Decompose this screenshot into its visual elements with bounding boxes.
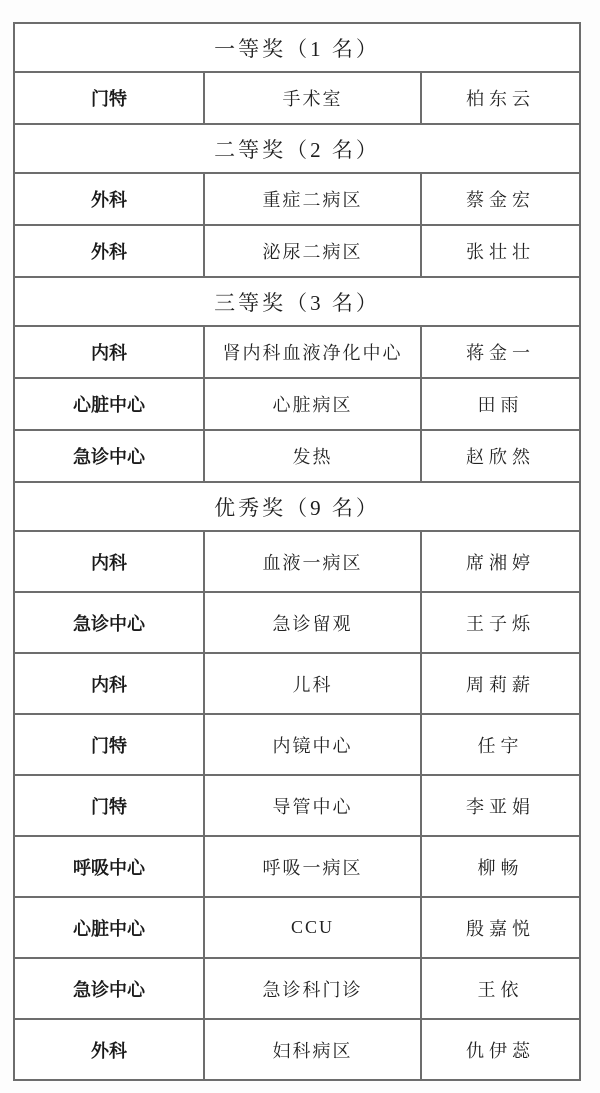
department-cell: 内科 (14, 653, 204, 714)
department-cell: 内科 (14, 326, 204, 378)
unit-cell: 急诊科门诊 (204, 958, 421, 1019)
name-cell: 周莉薪 (421, 653, 580, 714)
table-row: 内科 儿科 周莉薪 (14, 653, 580, 714)
unit-cell: 发热 (204, 430, 421, 482)
table-row: 门特 内镜中心 任宇 (14, 714, 580, 775)
name-cell: 仇伊蕊 (421, 1019, 580, 1080)
tier-header-row: 一等奖（1 名） (14, 23, 580, 72)
department-cell: 外科 (14, 1019, 204, 1080)
tier-header-excellence-prize: 优秀奖（9 名） (14, 482, 580, 531)
unit-cell: 手术室 (204, 72, 421, 124)
name-cell: 任宇 (421, 714, 580, 775)
table-row: 门特 手术室 柏东云 (14, 72, 580, 124)
table-row: 急诊中心 发热 赵欣然 (14, 430, 580, 482)
name-cell: 殷嘉悦 (421, 897, 580, 958)
unit-cell: 妇科病区 (204, 1019, 421, 1080)
unit-cell: CCU (204, 897, 421, 958)
unit-cell: 血液一病区 (204, 531, 421, 592)
tier-header-second-prize: 二等奖（2 名） (14, 124, 580, 173)
department-cell: 急诊中心 (14, 958, 204, 1019)
name-cell: 王子烁 (421, 592, 580, 653)
name-cell: 蔡金宏 (421, 173, 580, 225)
name-cell: 张壮壮 (421, 225, 580, 277)
tier-header-row: 三等奖（3 名） (14, 277, 580, 326)
name-cell: 赵欣然 (421, 430, 580, 482)
unit-cell: 肾内科血液净化中心 (204, 326, 421, 378)
name-cell: 蒋金一 (421, 326, 580, 378)
name-cell: 席湘婷 (421, 531, 580, 592)
table-row: 心脏中心 心脏病区 田雨 (14, 378, 580, 430)
name-cell: 田雨 (421, 378, 580, 430)
tier-header-first-prize: 一等奖（1 名） (14, 23, 580, 72)
department-cell: 急诊中心 (14, 430, 204, 482)
tier-header-row: 二等奖（2 名） (14, 124, 580, 173)
table-row: 心脏中心 CCU 殷嘉悦 (14, 897, 580, 958)
table-row: 急诊中心 急诊科门诊 王依 (14, 958, 580, 1019)
unit-cell: 导管中心 (204, 775, 421, 836)
department-cell: 心脏中心 (14, 897, 204, 958)
department-cell: 急诊中心 (14, 592, 204, 653)
table-row: 内科 肾内科血液净化中心 蒋金一 (14, 326, 580, 378)
unit-cell: 内镜中心 (204, 714, 421, 775)
award-winners-table: 一等奖（1 名） 门特 手术室 柏东云 二等奖（2 名） 外科 重症二病区 蔡金… (13, 22, 581, 1081)
tier-header-row: 优秀奖（9 名） (14, 482, 580, 531)
unit-cell: 泌尿二病区 (204, 225, 421, 277)
table-row: 外科 妇科病区 仇伊蕊 (14, 1019, 580, 1080)
unit-cell: 呼吸一病区 (204, 836, 421, 897)
tier-header-third-prize: 三等奖（3 名） (14, 277, 580, 326)
department-cell: 门特 (14, 775, 204, 836)
table-row: 呼吸中心 呼吸一病区 柳畅 (14, 836, 580, 897)
unit-cell: 急诊留观 (204, 592, 421, 653)
department-cell: 门特 (14, 714, 204, 775)
unit-cell: 儿科 (204, 653, 421, 714)
table-row: 内科 血液一病区 席湘婷 (14, 531, 580, 592)
table-row: 门特 导管中心 李亚娟 (14, 775, 580, 836)
department-cell: 心脏中心 (14, 378, 204, 430)
department-cell: 呼吸中心 (14, 836, 204, 897)
department-cell: 外科 (14, 173, 204, 225)
name-cell: 柏东云 (421, 72, 580, 124)
table-row: 外科 重症二病区 蔡金宏 (14, 173, 580, 225)
unit-cell: 心脏病区 (204, 378, 421, 430)
department-cell: 外科 (14, 225, 204, 277)
name-cell: 柳畅 (421, 836, 580, 897)
table-row: 外科 泌尿二病区 张壮壮 (14, 225, 580, 277)
name-cell: 王依 (421, 958, 580, 1019)
department-cell: 门特 (14, 72, 204, 124)
unit-cell: 重症二病区 (204, 173, 421, 225)
table-row: 急诊中心 急诊留观 王子烁 (14, 592, 580, 653)
name-cell: 李亚娟 (421, 775, 580, 836)
department-cell: 内科 (14, 531, 204, 592)
